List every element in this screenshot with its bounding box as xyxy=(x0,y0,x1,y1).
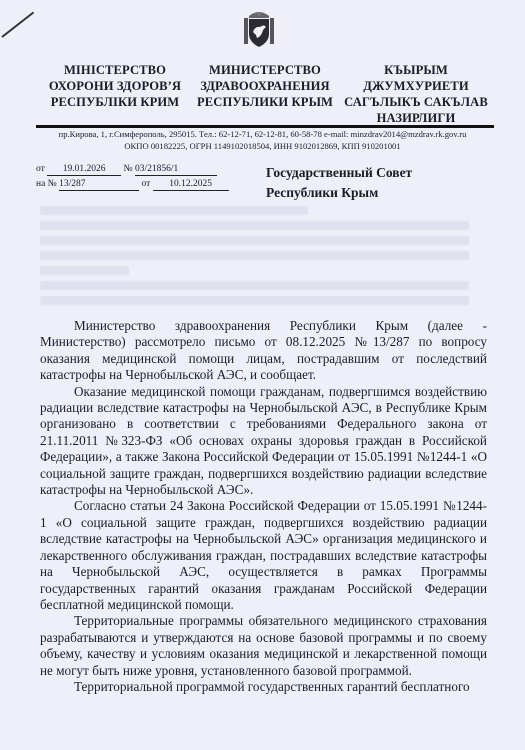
org-line: РЕСПУБЛИКИ КРЫМ xyxy=(195,94,335,110)
letter-body: Министерство здравоохранения Республики … xyxy=(40,318,487,695)
paragraph: Территориальной программой государственн… xyxy=(40,679,487,695)
org-name-russian: МИНИСТЕРСТВО ЗДРАВООХРАНЕНИЯ РЕСПУБЛИКИ … xyxy=(195,62,335,110)
org-line: САГЪЛЫКЪ САКЪЛАВ xyxy=(342,94,490,110)
org-name-ukrainian: МІНІСТЕРСТВО ОХОРОНИ ЗДОРОВ’Я РЕСПУБЛІКИ… xyxy=(40,62,190,110)
reply-number: 13/287 xyxy=(59,179,139,191)
paragraph: Территориальные программы обязательного … xyxy=(40,613,487,679)
addressee-line: Государственный Совет xyxy=(266,163,412,183)
reply-date-label: от xyxy=(142,177,151,191)
registry-codes-line: ОКПО 00182225, ОГРН 1149102018504, ИНН 9… xyxy=(0,140,525,152)
org-line: ОХОРОНИ ЗДОРОВ’Я xyxy=(40,78,190,94)
paragraph: Оказание медицинской помощи гражданам, п… xyxy=(40,384,487,499)
paragraph: Согласно статьи 24 Закона Российской Фед… xyxy=(40,498,487,613)
reply-date: 10.12.2025 xyxy=(153,179,229,191)
outgoing-number: 03/21856/1 xyxy=(135,164,217,176)
from-label: от xyxy=(36,162,45,176)
pen-mark xyxy=(1,12,34,38)
addressee: Государственный Совет Республики Крым xyxy=(266,163,412,203)
org-line: МІНІСТЕРСТВО xyxy=(40,62,190,78)
number-label: № xyxy=(124,162,133,176)
letter-page: МІНІСТЕРСТВО ОХОРОНИ ЗДОРОВ’Я РЕСПУБЛІКИ… xyxy=(0,0,525,750)
paragraph: Министерство здравоохранения Республики … xyxy=(40,318,487,384)
contact-details: пр.Кирова, 1, г.Симферополь, 295015. Тел… xyxy=(0,128,525,152)
org-line: НАЗИРЛИГИ xyxy=(342,110,490,126)
reply-row: на № 13/287 от 10.12.2025 xyxy=(36,177,229,192)
registration-block: от 19.01.2026 № 03/21856/1 на № 13/287 о… xyxy=(36,162,229,192)
org-line: ДЖУМХУРИЕТИ xyxy=(342,78,490,94)
bleed-through-text xyxy=(40,200,487,311)
org-line: ЗДРАВООХРАНЕНИЯ xyxy=(195,78,335,94)
crimea-coat-of-arms-icon xyxy=(243,8,275,50)
outgoing-row: от 19.01.2026 № 03/21856/1 xyxy=(36,162,229,177)
org-line: МИНИСТЕРСТВО xyxy=(195,62,335,78)
address-line: пр.Кирова, 1, г.Симферополь, 295015. Тел… xyxy=(0,128,525,140)
outgoing-date: 19.01.2026 xyxy=(47,164,121,176)
reply-label: на № xyxy=(36,177,57,191)
org-line: КЪЫРЫМ xyxy=(342,62,490,78)
org-name-crimean-tatar: КЪЫРЫМ ДЖУМХУРИЕТИ САГЪЛЫКЪ САКЪЛАВ НАЗИ… xyxy=(342,62,490,126)
org-line: РЕСПУБЛІКИ КРИМ xyxy=(40,94,190,110)
